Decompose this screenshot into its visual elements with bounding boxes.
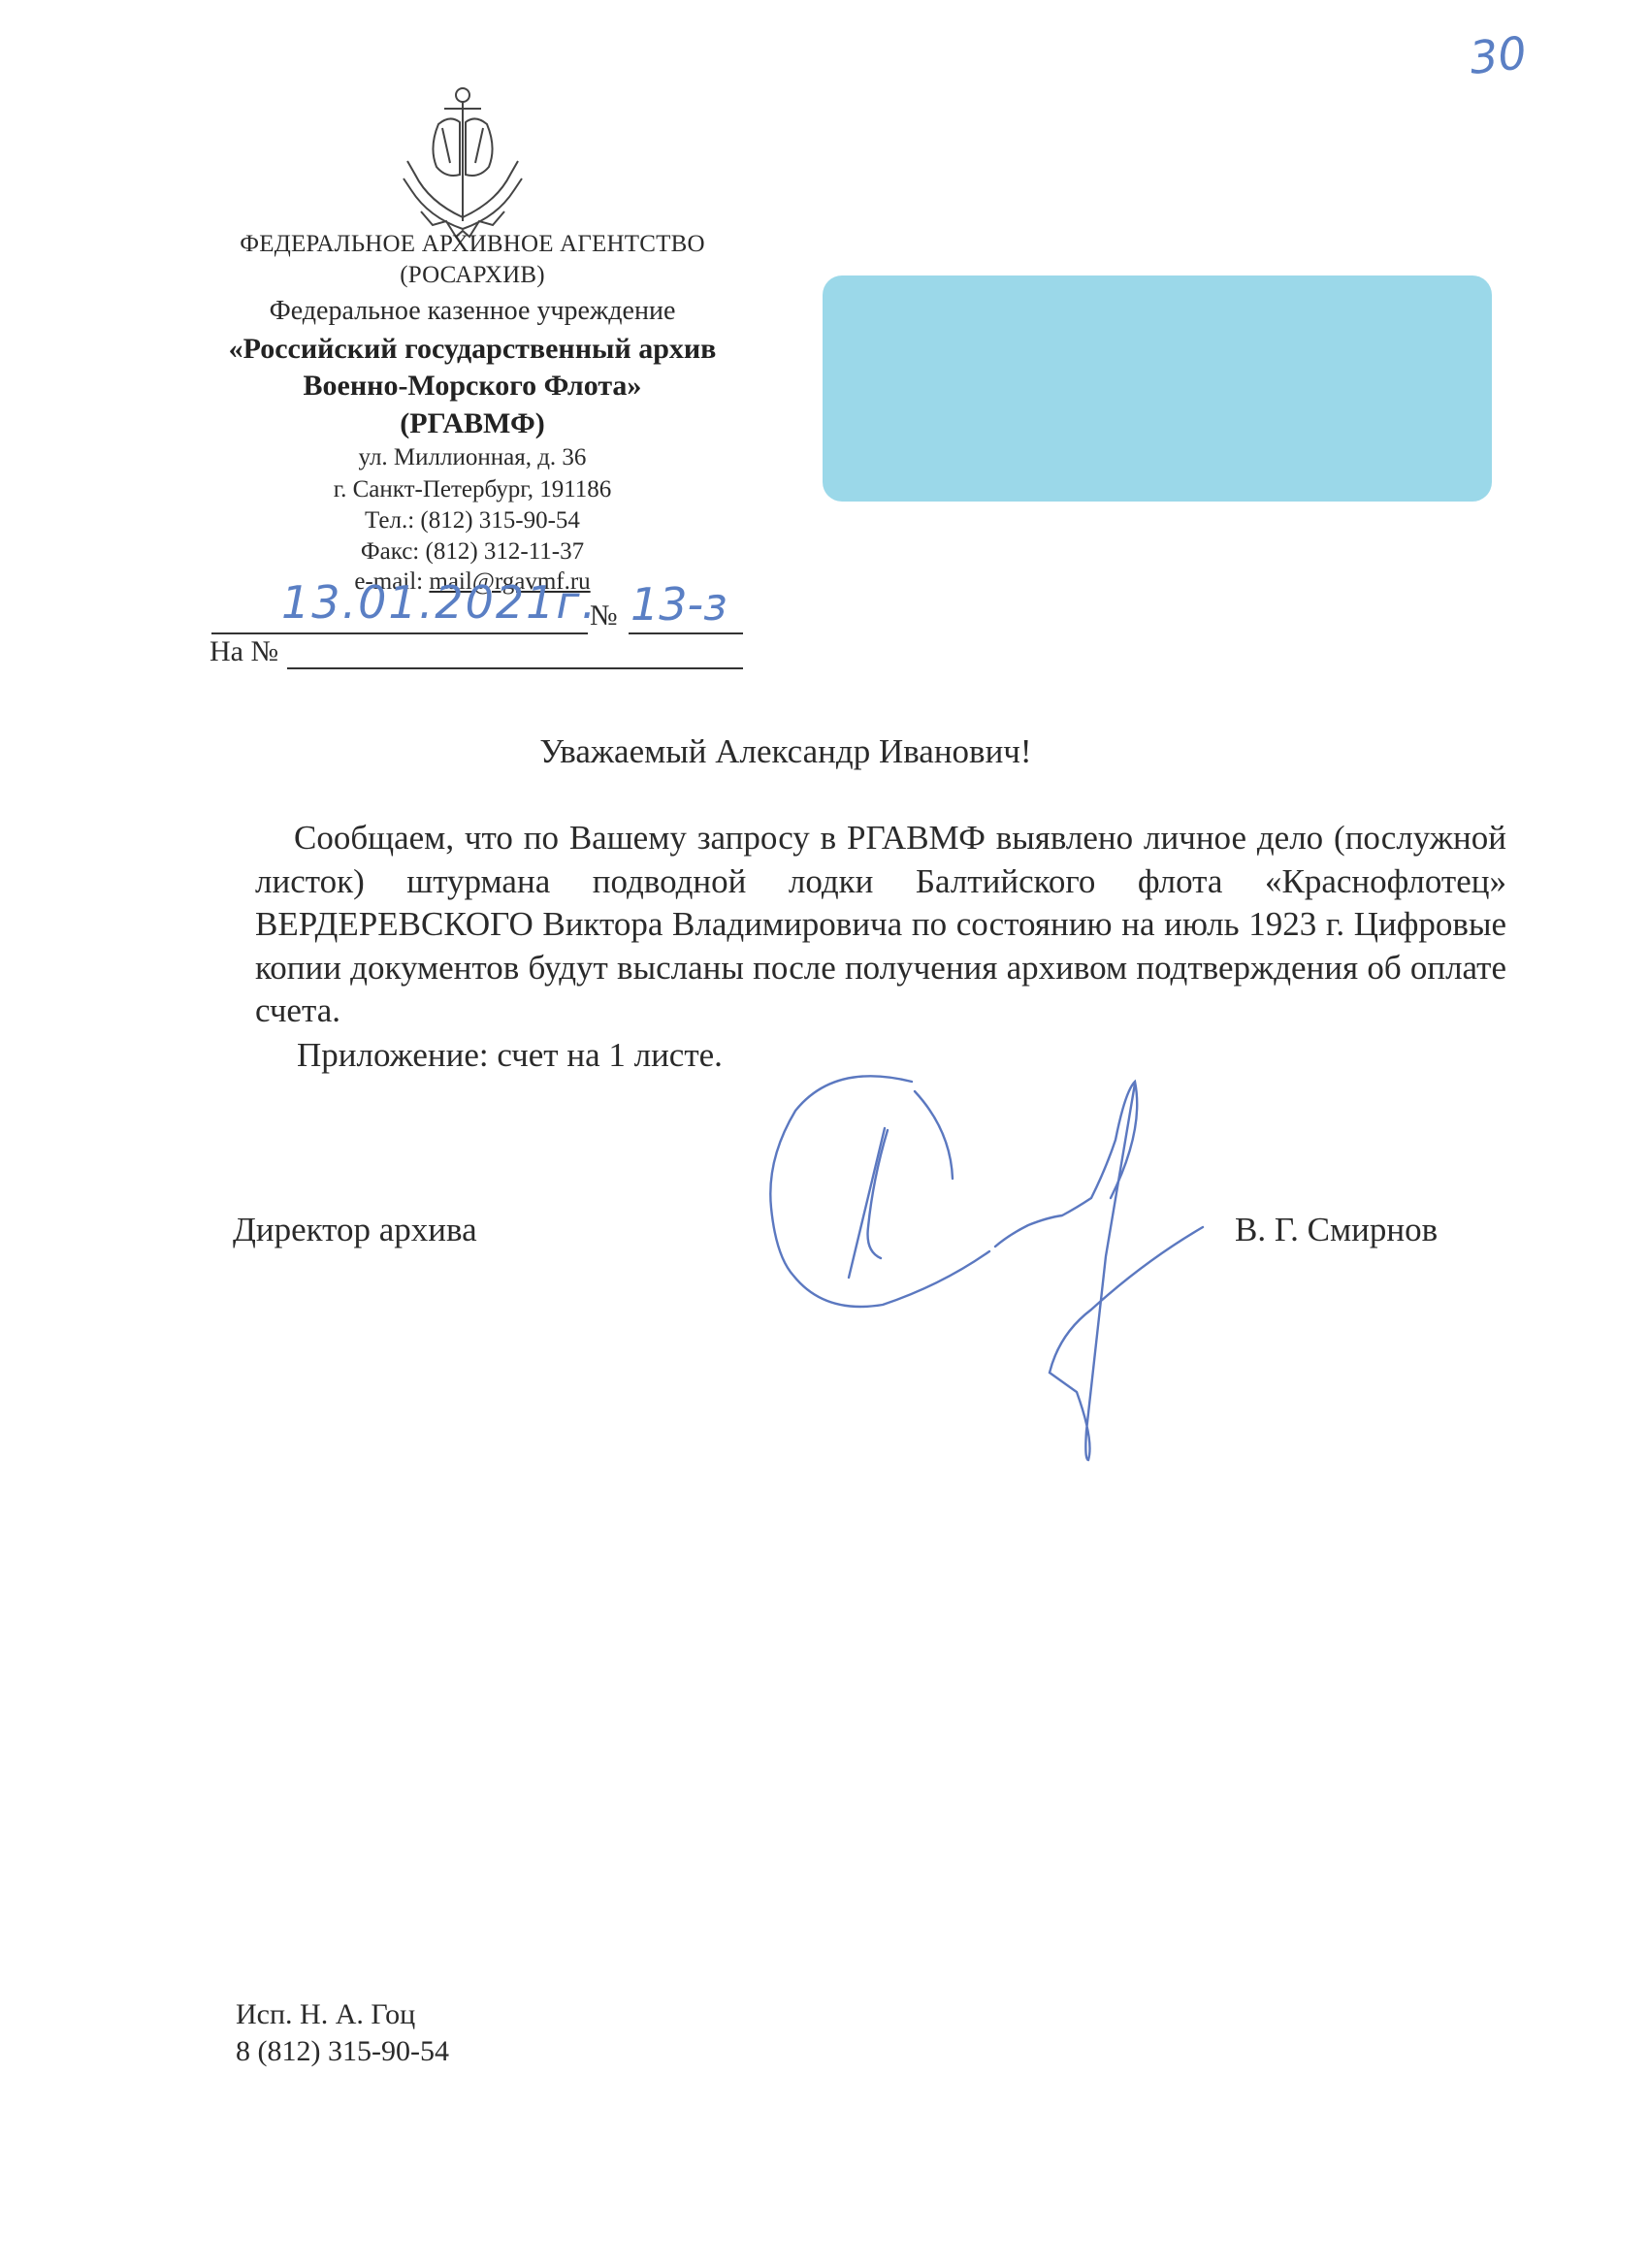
archive-name-line2: Военно-Морского Флота» [181,370,763,403]
executor-name: Исп. Н. А. Гоц [236,1998,415,2031]
handwritten-signature [621,1072,1280,1479]
address-street: ул. Миллионная, д. 36 [181,444,763,471]
greeting: Уважаемый Александр Иванович! [0,732,1571,771]
fax: Факс: (812) 312-11-37 [181,538,763,566]
number-handwritten: 13-з [630,578,727,631]
page-number: 30 [1467,26,1529,84]
attachment-note: Приложение: счет на 1 листе. [297,1036,723,1075]
executor-phone: 8 (812) 315-90-54 [236,2035,449,2068]
institution-type: Федеральное казенное учреждение [181,296,763,327]
reply-to-field-line [287,667,743,669]
agency-name: ФЕДЕРАЛЬНОЕ АРХИВНОЕ АГЕНТСТВО [181,231,763,258]
phone: Тел.: (812) 315-90-54 [181,507,763,535]
date-field-line [211,632,588,634]
letter-body-text: Сообщаем, что по Вашему запросу в РГАВМФ… [255,819,1506,1029]
address-city: г. Санкт-Петербург, 191186 [181,476,763,503]
number-field-line [629,632,743,634]
archive-abbreviation: (РГАВМФ) [181,407,763,440]
recipient-address-redacted [823,275,1492,502]
signer-title: Директор архива [233,1211,477,1249]
anchor-emblem-icon [400,85,526,243]
reply-to-label: На № [210,635,278,668]
agency-short-name: (РОСАРХИВ) [181,262,763,289]
number-label: № [590,599,618,632]
archive-name-line1: «Российский государственный архив [181,333,763,366]
date-handwritten: 13.01.2021г. [281,576,598,629]
letter-body: Сообщаем, что по Вашему запросу в РГАВМФ… [255,817,1506,1033]
